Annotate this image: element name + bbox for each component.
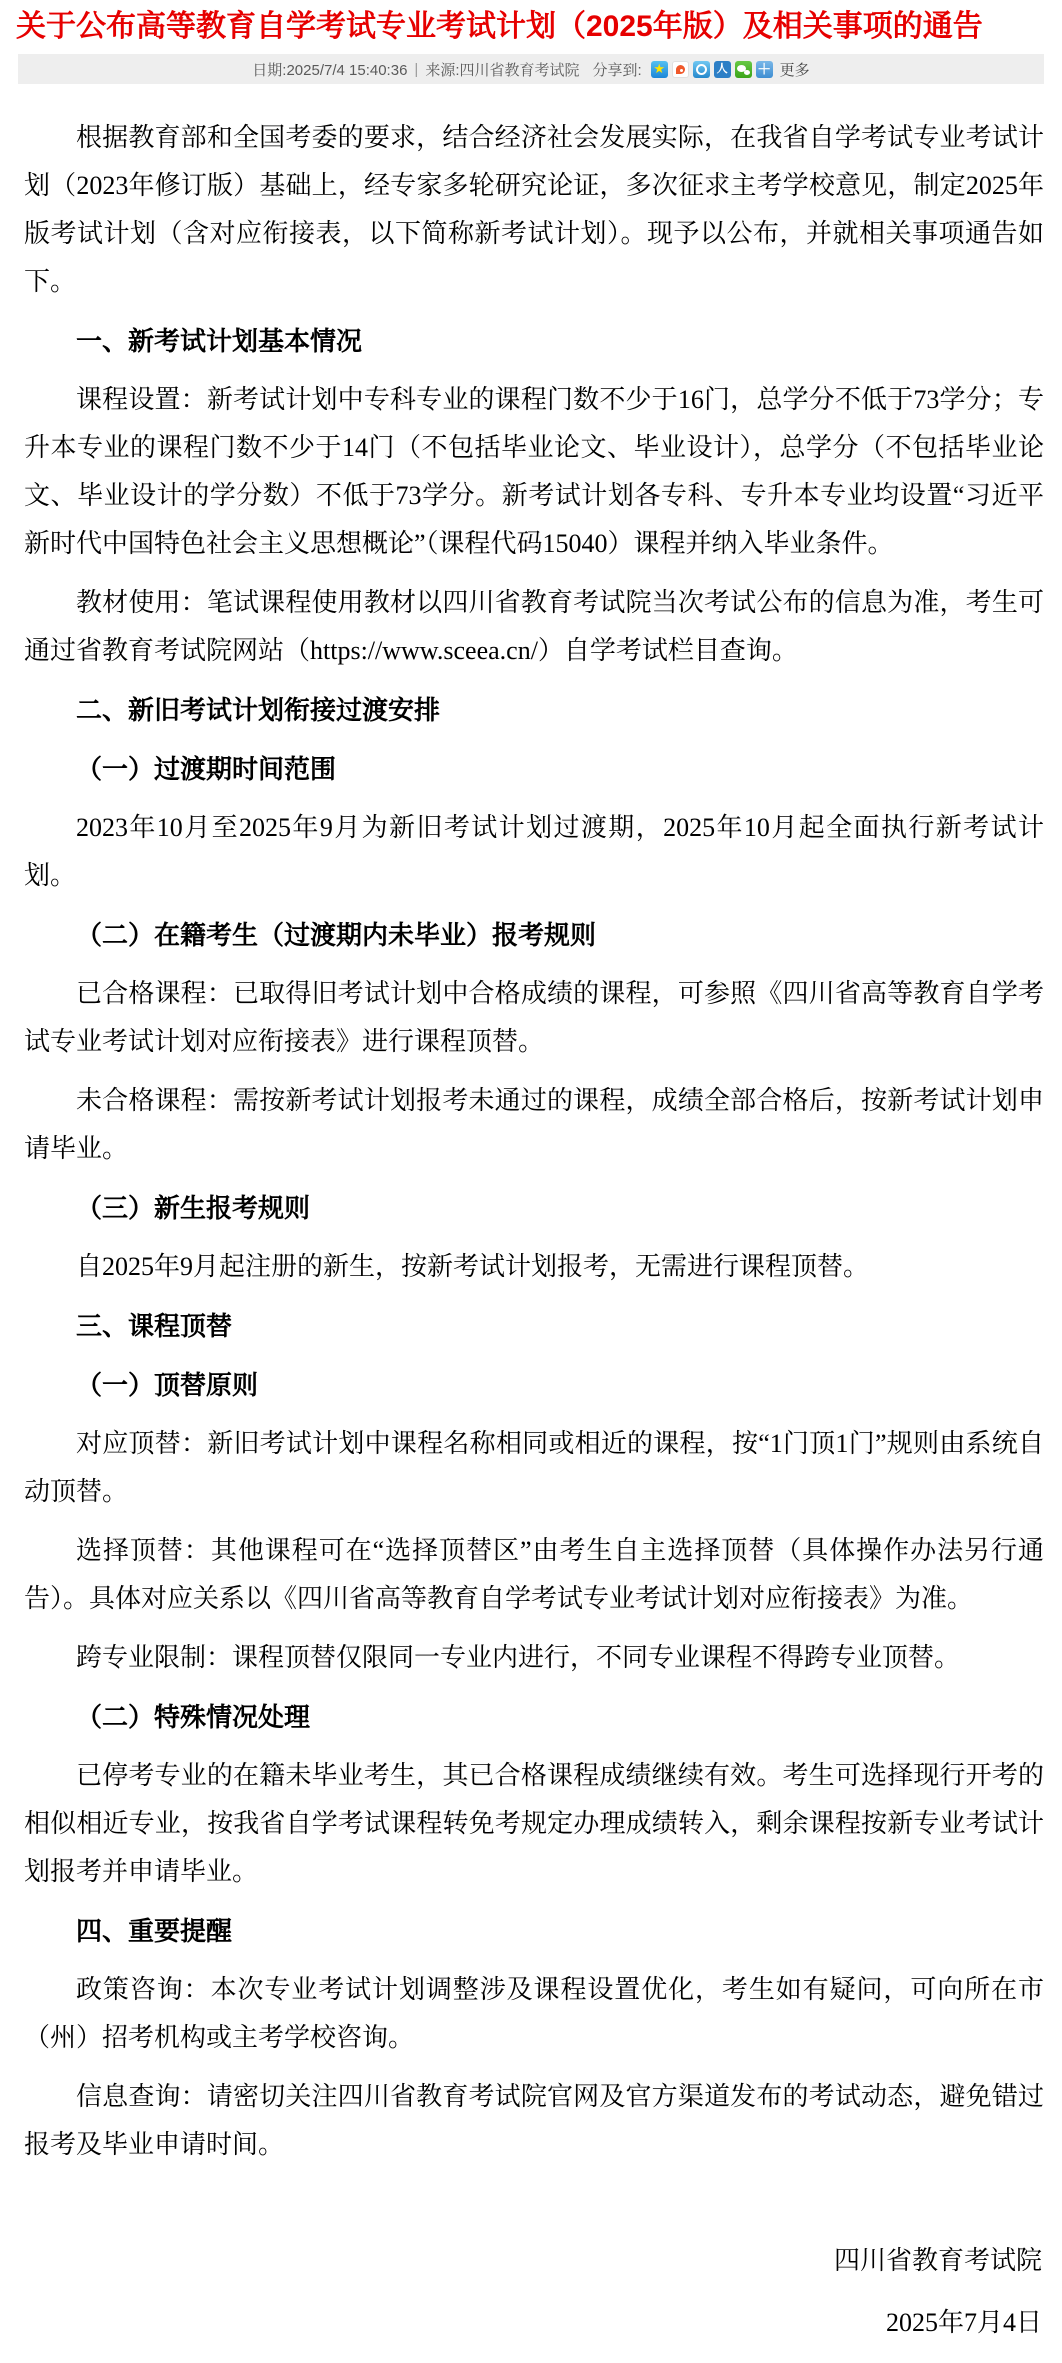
signature-org: 四川省教育考试院 — [0, 2237, 1042, 2285]
subsection-heading: （二）在籍考生（过渡期内未毕业）报考规则 — [24, 911, 1044, 959]
page-title: 关于公布高等教育自学考试专业考试计划（2025年版）及相关事项的通告 — [16, 8, 1046, 46]
article-body: 根据教育部和全国考委的要求，结合经济社会发展实际，在我省自学考试专业考试计划（2… — [0, 84, 1062, 2169]
subsection-heading: （二）特殊情况处理 — [24, 1693, 1044, 1741]
more-share-icon[interactable]: ＋ — [756, 61, 773, 78]
sina-weibo-share-icon[interactable] — [672, 61, 689, 78]
share-more-link[interactable]: 更多 — [780, 59, 810, 80]
share-to-label: 分享到: — [593, 59, 642, 80]
article-paragraph: 已停考专业的在籍未毕业考生，其已合格课程成绩继续有效。考生可选择现行开考的相似相… — [24, 1752, 1044, 1896]
article-paragraph: 已合格课程：已取得旧考试计划中合格成绩的课程，可参照《四川省高等教育自学考试专业… — [24, 970, 1044, 1066]
signature-block: 四川省教育考试院 2025年7月4日 — [0, 2237, 1062, 2363]
meta-separator: | — [414, 61, 418, 78]
signature-date: 2025年7月4日 — [0, 2299, 1042, 2347]
meta-date: 日期:2025/7/4 15:40:36 — [252, 59, 407, 80]
article-paragraph: 对应顶替：新旧考试计划中课程名称相同或相近的课程，按“1门顶1门”规则由系统自动… — [24, 1420, 1044, 1516]
subsection-heading: （三）新生报考规则 — [24, 1184, 1044, 1232]
subsection-heading: （一）顶替原则 — [24, 1361, 1044, 1409]
qzone-share-icon-glyph: ★ — [653, 62, 665, 75]
article-paragraph: 选择顶替：其他课程可在“选择顶替区”由考生自主选择顶替（具体操作办法另行通告）。… — [24, 1527, 1044, 1623]
section-heading: 三、课程顶替 — [24, 1302, 1044, 1350]
tencent-weibo-share-icon[interactable] — [693, 61, 710, 78]
section-heading: 一、新考试计划基本情况 — [24, 317, 1044, 365]
qzone-share-icon[interactable]: ★ — [651, 61, 668, 78]
renren-share-icon-glyph: 人 — [717, 64, 728, 75]
section-heading: 二、新旧考试计划衔接过渡安排 — [24, 686, 1044, 734]
article-page: 关于公布高等教育自学考试专业考试计划（2025年版）及相关事项的通告 日期:20… — [0, 8, 1062, 2363]
article-paragraph: 未合格课程：需按新考试计划报考未通过的课程，成绩全部合格后，按新考试计划申请毕业… — [24, 1077, 1044, 1173]
article-paragraph: 教材使用：笔试课程使用教材以四川省教育考试院当次考试公布的信息为准，考生可通过省… — [24, 579, 1044, 675]
article-paragraph: 课程设置：新考试计划中专科专业的课程门数不少于16门，总学分不低于73学分；专升… — [24, 376, 1044, 568]
more-share-icon-glyph: ＋ — [757, 62, 771, 76]
article-paragraph: 根据教育部和全国考委的要求，结合经济社会发展实际，在我省自学考试专业考试计划（2… — [24, 114, 1044, 306]
subsection-heading: （一）过渡期时间范围 — [24, 745, 1044, 793]
article-paragraph: 政策咨询：本次专业考试计划调整涉及课程设置优化，考生如有疑问，可向所在市（州）招… — [24, 1966, 1044, 2062]
renren-share-icon[interactable]: 人 — [714, 61, 731, 78]
share-icons: ★人＋ — [647, 61, 773, 78]
section-heading: 四、重要提醒 — [24, 1907, 1044, 1955]
wechat-share-icon[interactable] — [735, 61, 752, 78]
article-paragraph: 2023年10月至2025年9月为新旧考试计划过渡期，2025年10月起全面执行… — [24, 804, 1044, 900]
meta-source: 来源:四川省教育考试院 — [425, 59, 579, 80]
article-paragraph: 跨专业限制：课程顶替仅限同一专业内进行，不同专业课程不得跨专业顶替。 — [24, 1634, 1044, 1682]
article-paragraph: 信息查询：请密切关注四川省教育考试院官网及官方渠道发布的考试动态，避免错过报考及… — [24, 2073, 1044, 2169]
meta-bar: 日期:2025/7/4 15:40:36 | 来源:四川省教育考试院 分享到: … — [18, 54, 1044, 84]
article-paragraph: 自2025年9月起注册的新生，按新考试计划报考，无需进行课程顶替。 — [24, 1243, 1044, 1291]
